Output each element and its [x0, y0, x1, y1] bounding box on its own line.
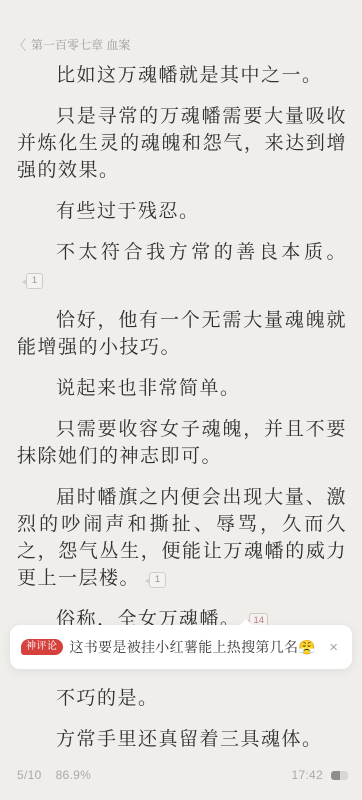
paragraph: 只需要收容女子魂魄，并且不要抹除她们的神志即可。: [17, 416, 347, 470]
page-progress: 5/10: [17, 768, 42, 782]
paragraph-text: 方常手里还真留着三具魂体。: [56, 729, 323, 750]
paragraph: 比如这万魂幡就是其中之一。: [17, 62, 347, 89]
comment-count-badge[interactable]: 1: [149, 572, 166, 588]
chapter-title: 第一百零七章 血案: [31, 36, 130, 53]
paragraph-text: 说起来也非常简单。: [56, 378, 241, 399]
paragraph-text: 恰好，他有一个无需大量魂魄就能增强的小技巧。: [17, 310, 347, 358]
reader-text-area-bottom[interactable]: 不巧的是。 方常手里还真留着三具魂体。: [17, 685, 347, 767]
paragraph: 说起来也非常简单。: [17, 375, 347, 402]
popup-tail: [239, 619, 253, 626]
paragraph-text: 不巧的是。: [56, 688, 159, 709]
hot-comment-text[interactable]: 这书要是被挂小红薯能上热搜第几名😤: [70, 637, 322, 657]
paragraph-text: 届时幡旗之内便会出现大量、激烈的吵闹声和撕扯、辱骂，久而久之，怨气丛生，便能让万…: [17, 487, 347, 589]
paragraph: 有些过于残忍。: [17, 198, 347, 225]
comment-count-badge[interactable]: 1: [26, 273, 43, 289]
reader-text-area[interactable]: 比如这万魂幡就是其中之一。 只是寻常的万魂幡需要大量吸收并炼化生灵的魂魄和怨气，…: [17, 62, 347, 647]
paragraph-text: 只需要收容女子魂魄，并且不要抹除她们的神志即可。: [17, 419, 347, 467]
paragraph-text: 比如这万魂幡就是其中之一。: [56, 65, 323, 86]
paragraph-text: 有些过于残忍。: [56, 201, 200, 222]
paragraph: 届时幡旗之内便会出现大量、激烈的吵闹声和撕扯、辱骂，久而久之，怨气丛生，便能让万…: [17, 484, 347, 592]
battery-level: [331, 771, 340, 780]
back-chevron-icon[interactable]: 〈: [14, 35, 26, 54]
hot-comment-popup[interactable]: 神评论 这书要是被挂小红薯能上热搜第几名😤 ×: [10, 625, 352, 669]
close-icon[interactable]: ×: [321, 638, 340, 657]
chapter-header[interactable]: 〈 第一百零七章 血案: [14, 36, 348, 53]
battery-icon: [331, 771, 348, 780]
reader-page: { "header": { "back_icon": "〈", "chapter…: [0, 0, 362, 800]
paragraph-text: 只是寻常的万魂幡需要大量吸收并炼化生灵的魂魄和怨气，来达到增强的效果。: [17, 106, 347, 181]
paragraph: 不巧的是。: [17, 685, 347, 712]
reader-status-bar: 5/10 86.9% 17:42: [17, 768, 348, 782]
clock-time: 17:42: [291, 768, 323, 782]
paragraph: 不太符合我方常的善良本质。1: [17, 239, 347, 293]
paragraph: 恰好，他有一个无需大量魂魄就能增强的小技巧。: [17, 307, 347, 361]
reading-percent: 86.9%: [56, 768, 92, 782]
hot-comment-label: 神评论: [21, 639, 63, 655]
paragraph-text: 不太符合我方常的善良本质。: [56, 242, 347, 263]
paragraph: 方常手里还真留着三具魂体。: [17, 726, 347, 753]
paragraph: 只是寻常的万魂幡需要大量吸收并炼化生灵的魂魄和怨气，来达到增强的效果。: [17, 103, 347, 184]
